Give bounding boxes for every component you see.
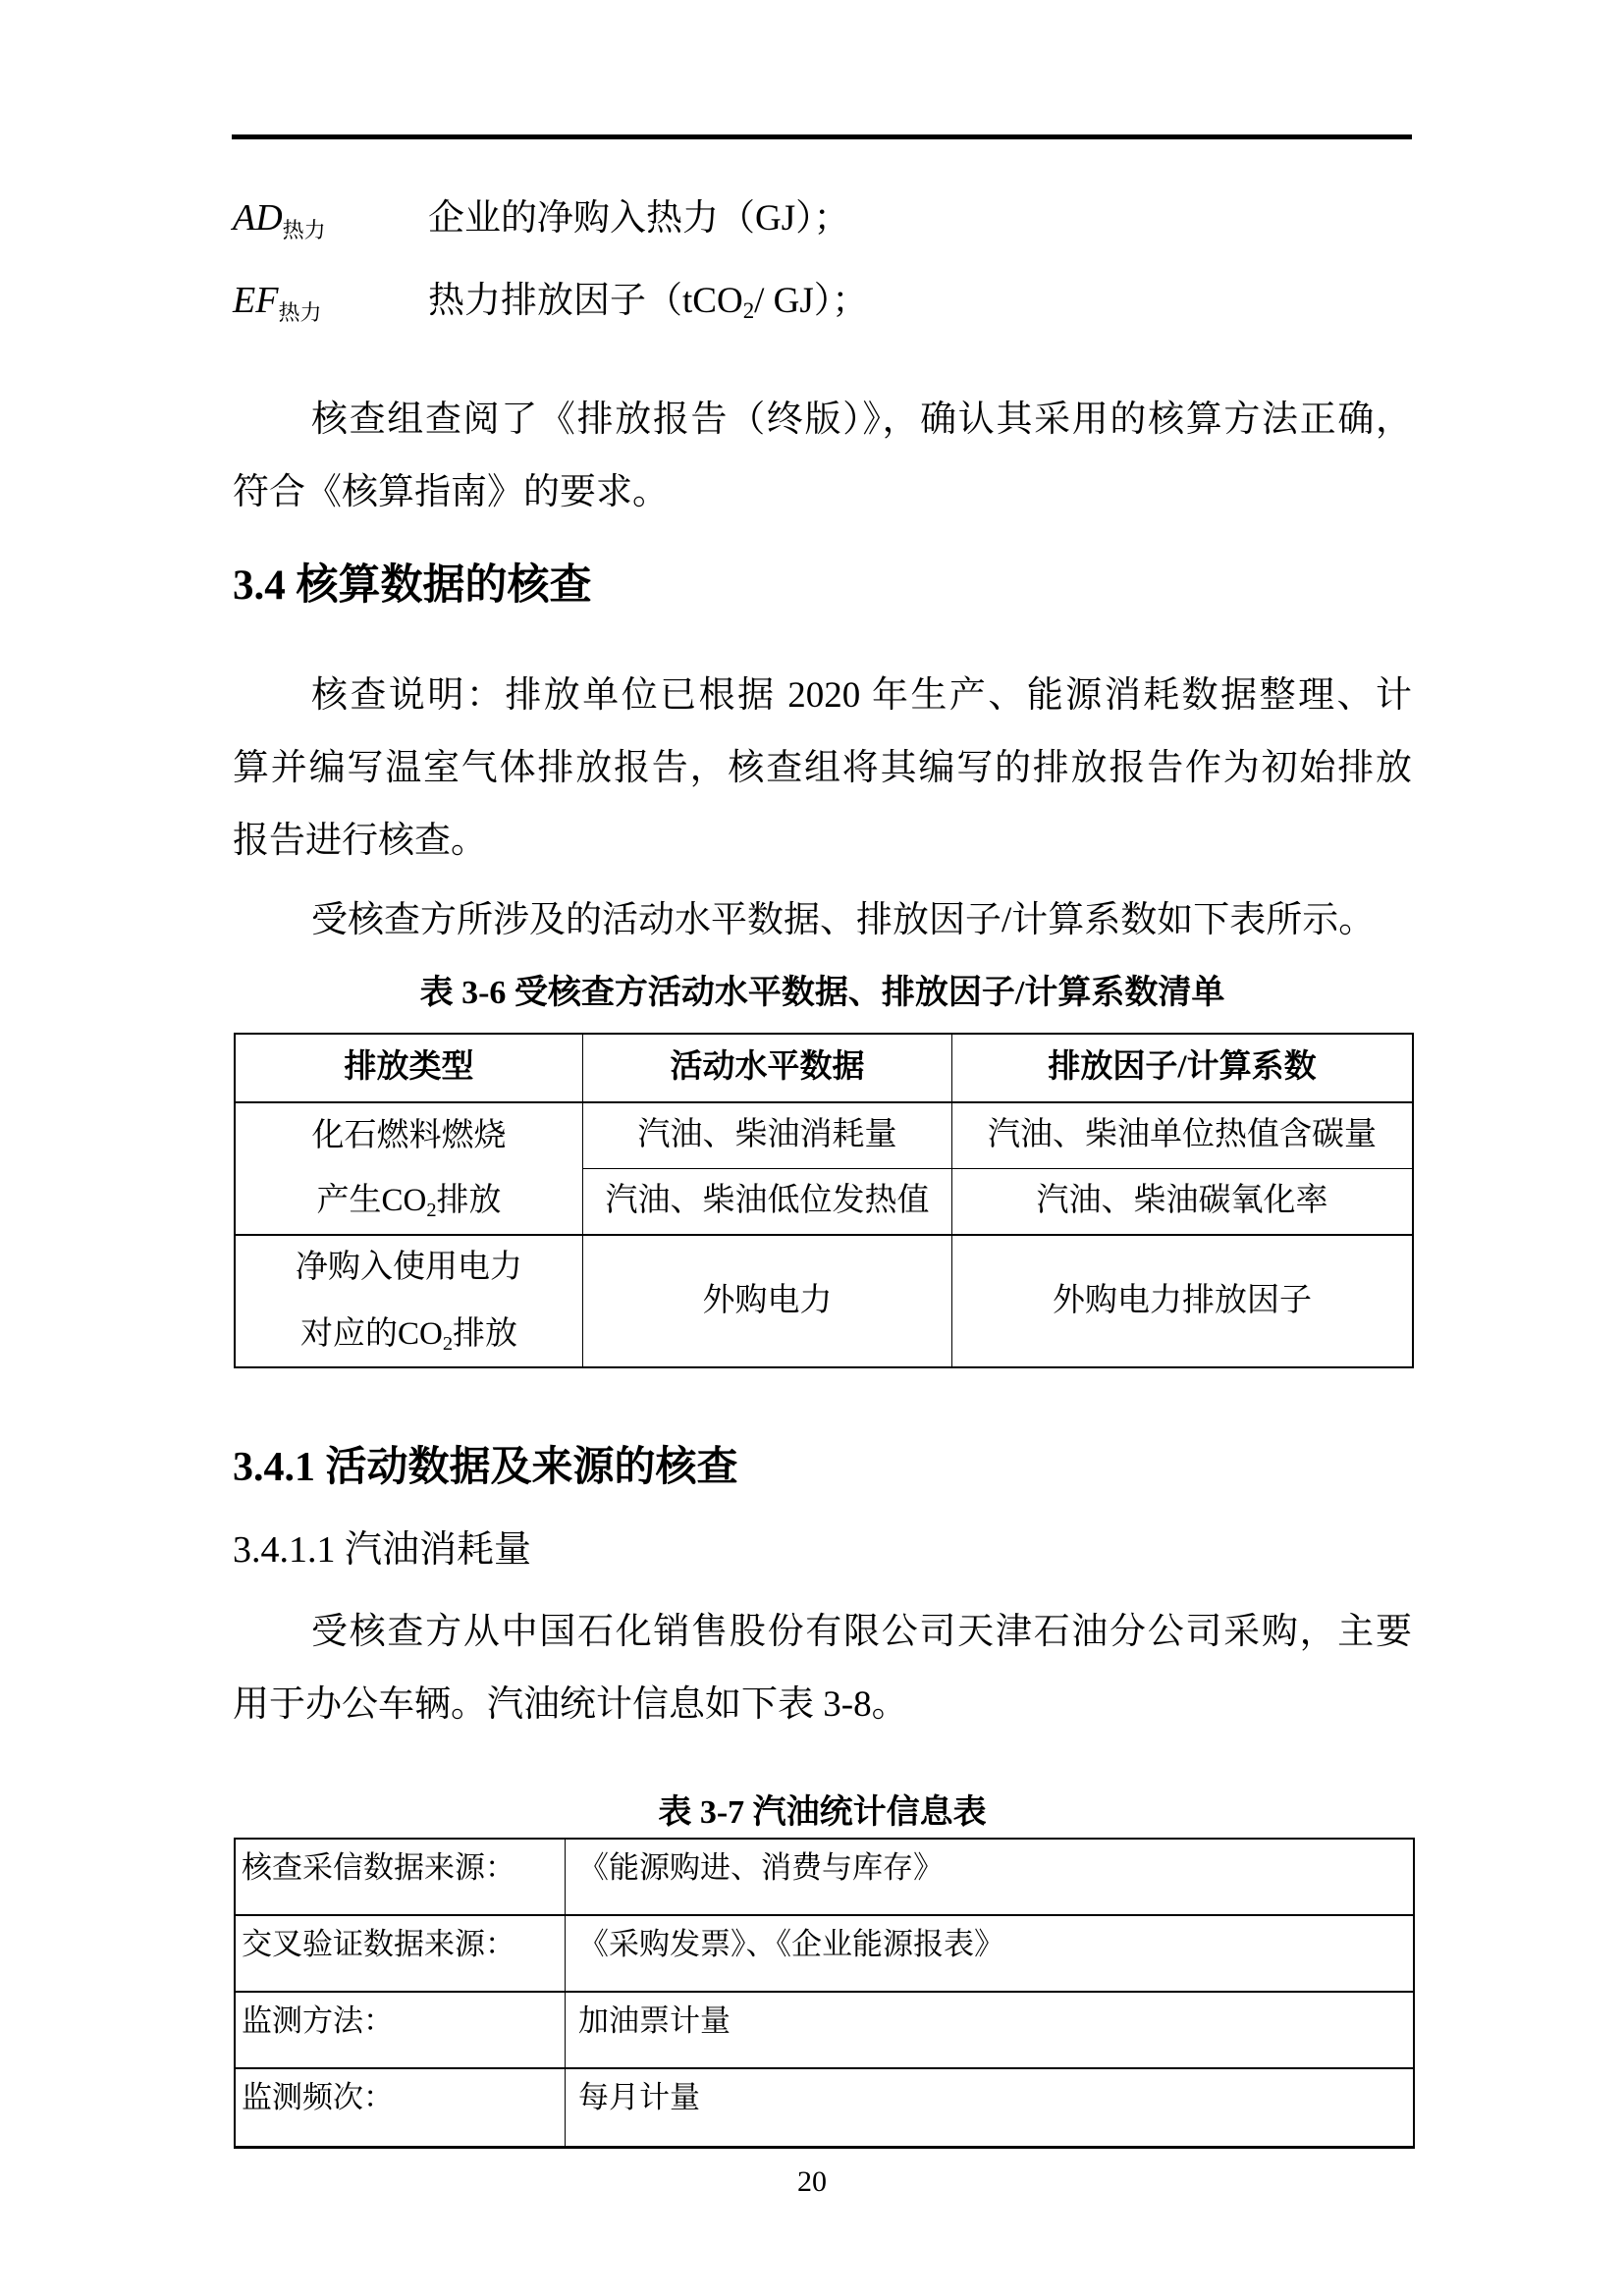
table-3-6-header-emission-factor: 排放因子/计算系数 bbox=[952, 1035, 1412, 1103]
section-heading-3-4-1-1: 3.4.1.1 汽油消耗量 bbox=[233, 1528, 1412, 1573]
definition-ef-symbol-subscript: 热力 bbox=[278, 300, 321, 325]
definition-ad-symbol: AD bbox=[233, 197, 283, 239]
paragraph-1-line-1: 核查组查阅了《排放报告（终版）》，确认其采用的核算方法正确， bbox=[233, 399, 1412, 442]
definition-ad-description: 企业的净购入热力（GJ）； bbox=[428, 198, 850, 239]
power-type-line-2: 对应的CO2排放 bbox=[300, 1316, 517, 1354]
definition-ef-description: 热力排放因子（tCO2/ GJ）； bbox=[428, 281, 868, 321]
table-3-6-header-activity-data: 活动水平数据 bbox=[583, 1035, 952, 1103]
table-3-6-cell-power-type: 净购入使用电力 对应的CO2排放 bbox=[236, 1236, 583, 1366]
definition-ad-symbol-subscript: 热力 bbox=[283, 218, 326, 242]
header-rule bbox=[232, 134, 1412, 139]
table-3-7-row-3-label: 监测方法： bbox=[236, 1993, 566, 2069]
paragraph-2-line-3: 报告进行核查。 bbox=[233, 820, 1412, 863]
table-3-7-row-4-value: 每月计量 bbox=[566, 2069, 1413, 2146]
table-3-6-cell-power-activity: 外购电力 bbox=[583, 1236, 952, 1366]
table-3-6-cell-fossil-activity-2: 汽油、柴油低位发热值 bbox=[583, 1169, 952, 1236]
table-3-6-cell-fossil-activity-1: 汽油、柴油消耗量 bbox=[583, 1103, 952, 1169]
paragraph-2-line-1: 核查说明：排放单位已根据 2020 年生产、能源消耗数据整理、计 bbox=[233, 674, 1412, 718]
definition-ef: EF热力热力排放因子（tCO2/ GJ）； bbox=[233, 279, 1412, 326]
table-3-7-caption: 表 3-7 汽油统计信息表 bbox=[233, 1793, 1412, 1832]
section-heading-3-4-1: 3.4.1 活动数据及来源的核查 bbox=[233, 1444, 1412, 1493]
paragraph-4-line-2: 用于办公车辆。汽油统计信息如下表 3-8。 bbox=[233, 1683, 1412, 1727]
table-3-6-header-emission-type: 排放类型 bbox=[236, 1035, 583, 1103]
table-3-7-row-2-label: 交叉验证数据来源： bbox=[236, 1916, 566, 1993]
section-heading-3-4: 3.4 核算数据的核查 bbox=[233, 561, 1412, 612]
definition-ef-symbol: EF bbox=[233, 280, 278, 321]
table-3-6-cell-fossil-factor-1: 汽油、柴油单位热值含碳量 bbox=[952, 1103, 1412, 1169]
definition-ad-term: AD热力 bbox=[233, 196, 428, 243]
table-3-6-caption: 表 3-6 受核查方活动水平数据、排放因子/计算系数清单 bbox=[233, 974, 1412, 1012]
fossil-type-line-1: 化石燃料燃烧 bbox=[312, 1118, 507, 1155]
paragraph-4-line-1: 受核查方从中国石化销售股份有限公司天津石油分公司采购，主要 bbox=[233, 1611, 1412, 1654]
power-type-line-1: 净购入使用电力 bbox=[296, 1250, 522, 1287]
definition-ad: AD热力企业的净购入热力（GJ）； bbox=[233, 196, 1412, 243]
table-3-7-row-1-value: 《能源购进、消费与库存》 bbox=[566, 1840, 1413, 1916]
paragraph-1-line-2: 符合《核算指南》的要求。 bbox=[233, 471, 1412, 514]
table-3-7-row-4-label: 监测频次： bbox=[236, 2069, 566, 2146]
table-3-6-cell-fossil-factor-2: 汽油、柴油碳氧化率 bbox=[952, 1169, 1412, 1236]
table-3-7-row-1-label: 核查采信数据来源： bbox=[236, 1840, 566, 1916]
co2-subscript: 2 bbox=[443, 1333, 453, 1355]
table-3-6-cell-power-factor: 外购电力排放因子 bbox=[952, 1236, 1412, 1366]
paragraph-2-line-2: 算并编写温室气体排放报告，核查组将其编写的排放报告作为初始排放 bbox=[233, 747, 1412, 790]
table-3-6: 排放类型 活动水平数据 排放因子/计算系数 化石燃料燃烧 产生CO2排放 汽油、… bbox=[234, 1033, 1414, 1368]
document-page: AD热力企业的净购入热力（GJ）； EF热力热力排放因子（tCO2/ GJ）； … bbox=[0, 0, 1624, 2296]
table-3-7-row-2-value: 《采购发票》、《企业能源报表》 bbox=[566, 1916, 1413, 1993]
table-3-7: 核查采信数据来源： 《能源购进、消费与库存》 交叉验证数据来源： 《采购发票》、… bbox=[234, 1838, 1415, 2149]
definition-ef-term: EF热力 bbox=[233, 279, 428, 326]
co2-subscript: 2 bbox=[426, 1200, 436, 1221]
fossil-type-line-2: 产生CO2排放 bbox=[316, 1183, 501, 1220]
paragraph-3: 受核查方所涉及的活动水平数据、排放因子/计算系数如下表所示。 bbox=[233, 899, 1412, 942]
page-number: 20 bbox=[0, 2165, 1624, 2199]
co2-subscript: 2 bbox=[743, 298, 754, 323]
table-3-6-cell-fossil-type: 化石燃料燃烧 产生CO2排放 bbox=[236, 1103, 583, 1236]
table-3-7-row-3-value: 加油票计量 bbox=[566, 1993, 1413, 2069]
